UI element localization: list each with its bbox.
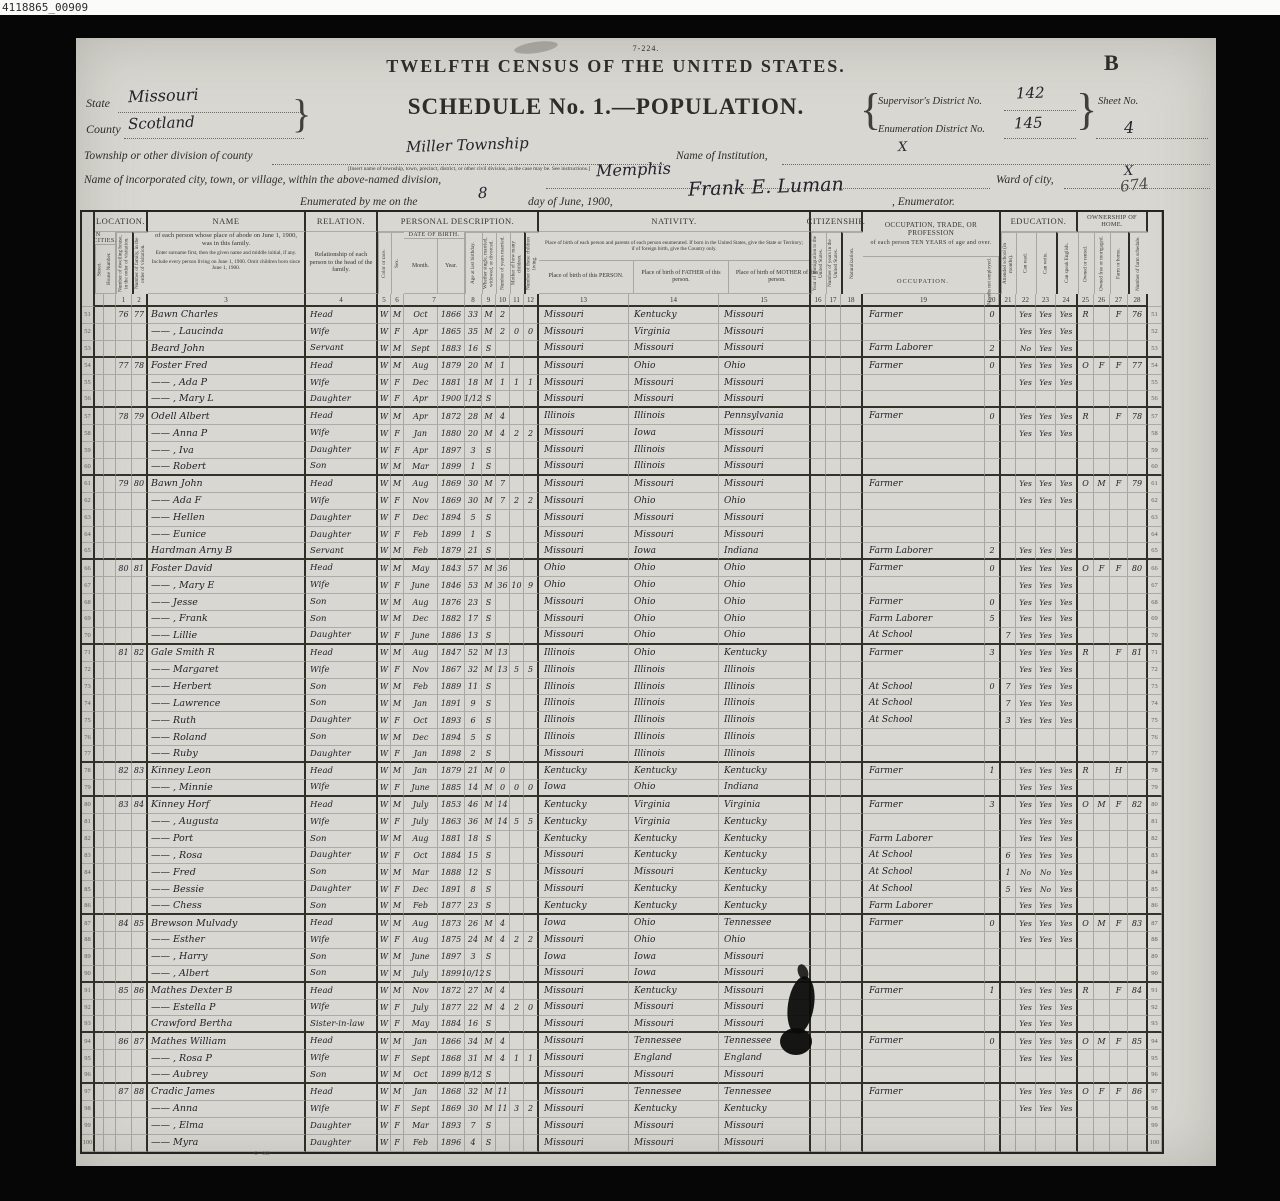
free-mortgaged-value [1094,763,1110,780]
col-number: 24 [1056,294,1078,307]
relation-value: Son [306,831,378,848]
birth-year: 1893 [438,712,465,729]
col-name-description: of each person whose place of abode on J… [148,232,306,294]
years-in-us-cell [826,1050,841,1067]
relation-value: Daughter [306,712,378,729]
house-number-cell [104,611,116,628]
birthplace-father: Iowa [629,949,719,966]
farm-or-home-value: F [1110,307,1128,324]
dwelling-number [116,324,132,341]
attended-school-value [1001,814,1016,831]
can-speak-english-value: Yes [1056,898,1078,915]
owned-rented-value: O [1078,1084,1094,1101]
years-married-value: 14 [496,814,510,831]
line-number: 90 [1148,966,1162,983]
color-race-value: W [378,679,391,696]
mother-of-children-value [510,898,524,915]
months-unemployed-value [985,814,1001,831]
dwelling-number: 76 [116,307,132,324]
naturalization-cell [841,391,863,408]
can-speak-english-value: Yes [1056,375,1078,392]
can-read-value [1016,949,1036,966]
attended-school-value [1001,560,1016,577]
occupation-value [863,1135,985,1152]
free-mortgaged-value [1094,679,1110,696]
line-number: 90 [82,966,95,983]
house-number-cell [104,1101,116,1118]
naturalization-cell [841,611,863,628]
birth-year: 1877 [438,898,465,915]
birth-year: 1886 [438,628,465,645]
occupation-value: Farm Laborer [863,341,985,358]
relation-value: Son [306,864,378,881]
street-cell [95,746,104,763]
line-number: 55 [1148,375,1162,392]
mother-of-children-value: 1 [510,375,524,392]
farm-schedule-value [1128,679,1148,696]
can-speak-english-value [1056,527,1078,544]
birth-month: Apr [404,324,438,341]
farm-schedule-value [1128,527,1148,544]
birthplace-father: Ohio [629,577,719,594]
birth-year: 1868 [438,1050,465,1067]
years-in-us-cell [826,560,841,577]
can-speak-english-value: Yes [1056,915,1078,932]
farm-or-home-value: F [1110,645,1128,662]
birth-month: July [404,814,438,831]
birthplace-father: Ohio [629,932,719,949]
can-write-value: Yes [1036,1033,1056,1050]
relation-value: Daughter [306,1135,378,1152]
occupation-value [863,1101,985,1118]
immigration-year-cell [811,695,826,712]
line-number: 89 [82,949,95,966]
birthplace-person: Kentucky [539,763,629,780]
birth-month: Aug [404,915,438,932]
birthplace-father: Missouri [629,375,719,392]
marital-status-value: M [482,763,496,780]
occupation-value: At School [863,864,985,881]
birth-month: Sept [404,1050,438,1067]
line-number: 88 [82,932,95,949]
owned-rented-value [1078,679,1094,696]
can-write-value: Yes [1036,375,1056,392]
dwelling-number: 78 [116,408,132,425]
color-race-value: W [378,391,391,408]
age-value: 32 [465,1084,482,1101]
birthplace-mother: Missouri [719,1067,811,1084]
birthplace-mother: Missouri [719,1135,811,1152]
birthplace-person: Missouri [539,1135,629,1152]
occupation-value: Farmer [863,797,985,814]
color-race-value: W [378,695,391,712]
owned-rented-value [1078,543,1094,560]
attended-school-value: 5 [1001,881,1016,898]
sex-value: F [391,1118,404,1135]
can-speak-english-value: Yes [1056,594,1078,611]
free-mortgaged-value [1094,983,1110,1000]
age-value: 4 [465,1135,482,1152]
age-value: 30 [465,493,482,510]
marital-status-value: S [482,712,496,729]
immigration-year-cell [811,594,826,611]
age-value: 22 [465,1000,482,1017]
free-mortgaged-value [1094,391,1110,408]
street-cell [95,983,104,1000]
birthplace-person: Iowa [539,949,629,966]
children-living-value [524,527,539,544]
birthplace-mother: Kentucky [719,831,811,848]
street-cell [95,763,104,780]
birthplace-father: Missouri [629,864,719,881]
free-mortgaged-value [1094,898,1110,915]
relation-value: Daughter [306,391,378,408]
birth-month: Jan [404,1084,438,1101]
dwelling-number: 80 [116,560,132,577]
birth-year: 1881 [438,831,465,848]
children-living-value [524,543,539,560]
occupation-value: Farm Laborer [863,611,985,628]
line-number: 59 [1148,442,1162,459]
col-number: 27 [1110,294,1128,307]
attended-school-value [1001,746,1016,763]
occupation-value: At School [863,881,985,898]
attended-school-value [1001,375,1016,392]
birthplace-person: Kentucky [539,898,629,915]
farm-schedule-value [1128,695,1148,712]
years-in-us-cell [826,814,841,831]
birthplace-person: Missouri [539,1118,629,1135]
mother-of-children-value [510,527,524,544]
free-mortgaged-value [1094,375,1110,392]
years-married-value: 1 [496,375,510,392]
mother-of-children-value [510,1033,524,1050]
col-number: 23 [1036,294,1056,307]
can-write-value: Yes [1036,543,1056,560]
family-number: 79 [132,408,148,425]
can-read-value [1016,1118,1036,1135]
can-read-value: Yes [1016,628,1036,645]
free-mortgaged-value [1094,1101,1110,1118]
attended-school-value [1001,1016,1016,1033]
dwelling-number [116,712,132,729]
birthplace-father: Kentucky [629,831,719,848]
col-nativity-places: Place of birth of each person and parent… [539,232,811,294]
owned-rented-value: O [1078,358,1094,375]
can-read-value: Yes [1016,679,1036,696]
attended-school-value [1001,527,1016,544]
color-race-value: W [378,780,391,797]
occupation-value: Farm Laborer [863,898,985,915]
can-read-value [1016,459,1036,476]
marital-status-value: M [482,493,496,510]
line-number: 63 [1148,510,1162,527]
free-mortgaged-value [1094,1118,1110,1135]
relation-value: Head [306,797,378,814]
naturalization-cell [841,543,863,560]
free-mortgaged-value [1094,645,1110,662]
attended-school-value [1001,1000,1016,1017]
dwelling-number [116,831,132,848]
years-in-us-cell [826,1000,841,1017]
children-living-value: 0 [524,780,539,797]
age-value: 23 [465,898,482,915]
birthplace-father: Illinois [629,408,719,425]
months-unemployed-value: 0 [985,679,1001,696]
street-cell [95,375,104,392]
owned-rented-value [1078,611,1094,628]
line-number: 73 [1148,679,1162,696]
owned-rented-value: R [1078,763,1094,780]
street-cell [95,831,104,848]
line-number: 53 [82,341,95,358]
naturalization-cell [841,510,863,527]
can-read-value: Yes [1016,358,1036,375]
color-race-value: W [378,898,391,915]
farm-schedule-value [1128,864,1148,881]
can-write-value: Yes [1036,662,1056,679]
family-number [132,1016,148,1033]
birthplace-mother: Missouri [719,391,811,408]
line-number: 83 [1148,848,1162,865]
line-number: 62 [82,493,95,510]
years-in-us-cell [826,645,841,662]
birthplace-father: Kentucky [629,898,719,915]
birthplace-father: Illinois [629,442,719,459]
birth-year: 1847 [438,645,465,662]
occupation-value [863,662,985,679]
owned-rented-value [1078,712,1094,729]
person-name: Odell Albert [148,408,306,425]
birthplace-person: Missouri [539,1084,629,1101]
months-unemployed-value [985,324,1001,341]
col-number: 8 [465,294,482,307]
farm-or-home-value: F [1110,797,1128,814]
age-value: 6 [465,712,482,729]
farm-or-home-value [1110,459,1128,476]
birth-year: 1867 [438,662,465,679]
marital-status-value: M [482,662,496,679]
can-read-value: Yes [1016,577,1036,594]
can-speak-english-value: Yes [1056,831,1078,848]
farm-schedule-value [1128,763,1148,780]
line-number: 65 [82,543,95,560]
dwelling-number [116,679,132,696]
free-mortgaged-value: F [1094,1084,1110,1101]
house-number-cell [104,712,116,729]
mother-of-children-value [510,949,524,966]
relation-value: Wife [306,1000,378,1017]
farm-schedule-value: 78 [1128,408,1148,425]
line-number: 80 [82,797,95,814]
line-number: 57 [82,408,95,425]
sex-value: M [391,560,404,577]
person-name: —— , Mary L [148,391,306,408]
months-unemployed-value: 0 [985,1033,1001,1050]
birthplace-mother: Missouri [719,307,811,324]
birth-month: Jan [404,1033,438,1050]
birthplace-mother: Illinois [719,662,811,679]
months-unemployed-value [985,476,1001,493]
can-write-value: Yes [1036,577,1056,594]
can-speak-english-value: Yes [1056,341,1078,358]
line-number: 88 [1148,932,1162,949]
col-date-of-birth: DATE OF BIRTH.Month.Year. [404,232,465,294]
relation-value: Son [306,695,378,712]
immigration-year-cell [811,662,826,679]
farm-or-home-value [1110,442,1128,459]
col-farm-schedule: Number of farm schedule. [1128,232,1148,294]
farm-or-home-value [1110,425,1128,442]
color-race-value: W [378,662,391,679]
immigration-year-cell [811,510,826,527]
line-number: 81 [1148,814,1162,831]
months-unemployed-value [985,1016,1001,1033]
street-cell [95,915,104,932]
birthplace-person: Illinois [539,645,629,662]
street-cell [95,628,104,645]
header-label: Place of birth of each person and parent… [539,232,809,261]
birthplace-father: Ohio [629,645,719,662]
can-read-value: Yes [1016,611,1036,628]
years-married-value: 14 [496,797,510,814]
months-unemployed-value [985,898,1001,915]
age-value: 53 [465,577,482,594]
attended-school-value [1001,797,1016,814]
years-married-value [496,611,510,628]
relation-value: Son [306,459,378,476]
color-race-value: W [378,1135,391,1152]
person-name: —— Eunice [148,527,306,544]
can-write-value: Yes [1036,780,1056,797]
birth-year: 1898 [438,746,465,763]
marital-status-value: S [482,881,496,898]
can-write-value: Yes [1036,594,1056,611]
years-in-us-cell [826,949,841,966]
birthplace-father: Tennessee [629,1033,719,1050]
person-name: —— Roland [148,729,306,746]
months-unemployed-value [985,746,1001,763]
col-sex: Sex. [391,232,404,294]
months-unemployed-value: 0 [985,408,1001,425]
house-number-cell [104,645,116,662]
sex-value: M [391,966,404,983]
free-mortgaged-value [1094,729,1110,746]
naturalization-cell [841,848,863,865]
free-mortgaged-value [1094,527,1110,544]
months-unemployed-value: 0 [985,358,1001,375]
months-unemployed-value: 0 [985,915,1001,932]
city-label: Name of incorporated city, town, or vill… [84,174,441,186]
age-value: 5 [465,510,482,527]
marital-status-value: M [482,780,496,797]
owned-rented-value [1078,459,1094,476]
can-speak-english-value: Yes [1056,628,1078,645]
birthplace-father: Missouri [629,1016,719,1033]
header-label: Street. [95,245,105,293]
can-speak-english-value: Yes [1056,1033,1078,1050]
person-name: —— , Laucinda [148,324,306,341]
scanned-census-page: { "scan": { "corner_id": "4118865_00909"… [0,0,1280,1201]
relation-value: Son [306,949,378,966]
group-personal-description: PERSONAL DESCRIPTION. [378,212,539,232]
line-number: 64 [1148,527,1162,544]
immigration-year-cell [811,493,826,510]
birth-year: 1884 [438,848,465,865]
attended-school-value [1001,729,1016,746]
house-number-cell [104,493,116,510]
birth-year: 1896 [438,1135,465,1152]
occupation-value [863,1118,985,1135]
age-value: 36 [465,814,482,831]
children-living-value [524,679,539,696]
free-mortgaged-value [1094,442,1110,459]
children-living-value [524,864,539,881]
months-unemployed-value [985,1000,1001,1017]
family-number: 78 [132,358,148,375]
line-number: 75 [82,712,95,729]
relation-value: Head [306,476,378,493]
can-write-value [1036,1135,1056,1152]
mother-of-children-value [510,966,524,983]
dwelling-number [116,1000,132,1017]
can-write-value [1036,510,1056,527]
family-number: 82 [132,645,148,662]
months-unemployed-value: 3 [985,645,1001,662]
occupation-value: At School [863,712,985,729]
years-in-us-cell [826,408,841,425]
years-married-value [496,864,510,881]
attended-school-value: 1 [1001,864,1016,881]
attended-school-value: 3 [1001,712,1016,729]
farm-or-home-value [1110,527,1128,544]
family-number [132,1067,148,1084]
children-living-value [524,1033,539,1050]
family-number [132,594,148,611]
immigration-year-cell [811,848,826,865]
years-married-value [496,510,510,527]
birth-year: 1869 [438,493,465,510]
years-married-value: 4 [496,932,510,949]
line-number: 99 [82,1118,95,1135]
can-speak-english-value: Yes [1056,814,1078,831]
years-married-value [496,1016,510,1033]
farm-schedule-value [1128,577,1148,594]
dwelling-number [116,898,132,915]
sex-value: F [391,510,404,527]
can-write-value: Yes [1036,831,1056,848]
birth-month: July [404,797,438,814]
attended-school-value [1001,341,1016,358]
years-in-us-cell [826,797,841,814]
color-race-value: W [378,307,391,324]
family-number [132,577,148,594]
color-race-value: W [378,324,391,341]
dwelling-number: 82 [116,763,132,780]
free-mortgaged-value: M [1094,797,1110,814]
mother-of-children-value: 3 [510,1101,524,1118]
line-number: 59 [82,442,95,459]
immigration-year-cell [811,341,826,358]
owned-rented-value [1078,1101,1094,1118]
can-speak-english-value: Yes [1056,763,1078,780]
occupation-value: Farmer [863,983,985,1000]
immigration-year-cell [811,932,826,949]
can-speak-english-value [1056,391,1078,408]
attended-school-value: 7 [1001,695,1016,712]
relation-value: Wife [306,493,378,510]
farm-or-home-value [1110,493,1128,510]
